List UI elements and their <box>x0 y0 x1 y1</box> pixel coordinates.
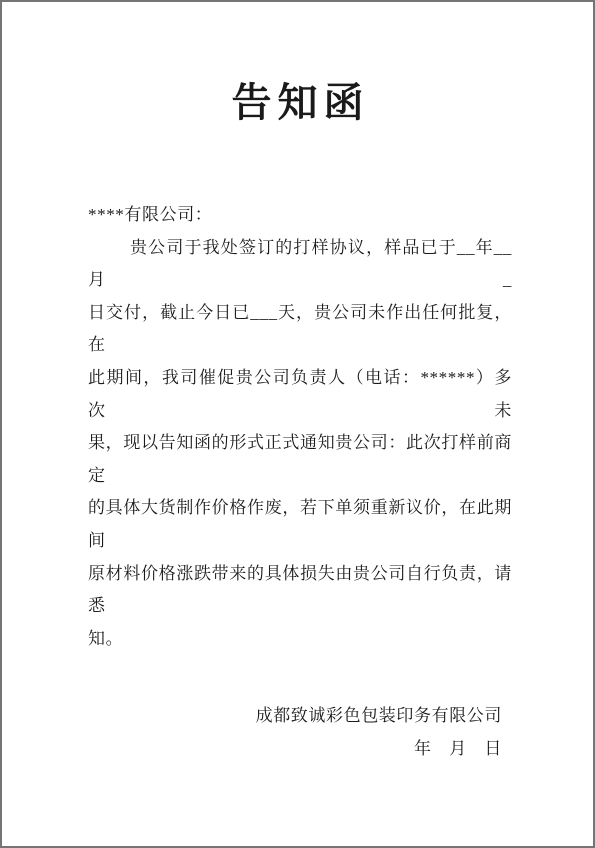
letter-body: ****有限公司： 贵公司于我处签订的打样协议，样品已于__年__月_日交付，截… <box>88 199 512 655</box>
company-name: 成都致诚彩色包装印务有限公司 <box>256 700 502 733</box>
body-line: 知。 <box>88 623 512 656</box>
date-line: 年 月 日 <box>256 733 502 766</box>
body-line: 此期间，我司催促贵公司负责人（电话：******）多次未 <box>88 362 512 427</box>
body-line: 原材料价格涨跌带来的具体损失由贵公司自行负责，请悉 <box>88 558 512 623</box>
signature-block: 成都致诚彩色包装印务有限公司 年 月 日 <box>256 700 502 765</box>
letter-title: 告知函 <box>2 2 593 127</box>
body-line: 的具体大货制作价格作废，若下单须重新议价，在此期间 <box>88 492 512 557</box>
salutation-line: ****有限公司： <box>88 199 512 232</box>
letter-page: 告知函 ****有限公司： 贵公司于我处签订的打样协议，样品已于__年__月_日… <box>0 0 595 848</box>
body-line: 日交付，截止今日已___天，贵公司未作出任何批复，在 <box>88 297 512 362</box>
body-line: 果，现以告知函的形式正式通知贵公司：此次打样前商定 <box>88 427 512 492</box>
body-line: 贵公司于我处签订的打样协议，样品已于__年__月_ <box>88 232 512 297</box>
body-paragraph: 贵公司于我处签订的打样协议，样品已于__年__月_日交付，截止今日已___天，贵… <box>88 232 512 656</box>
